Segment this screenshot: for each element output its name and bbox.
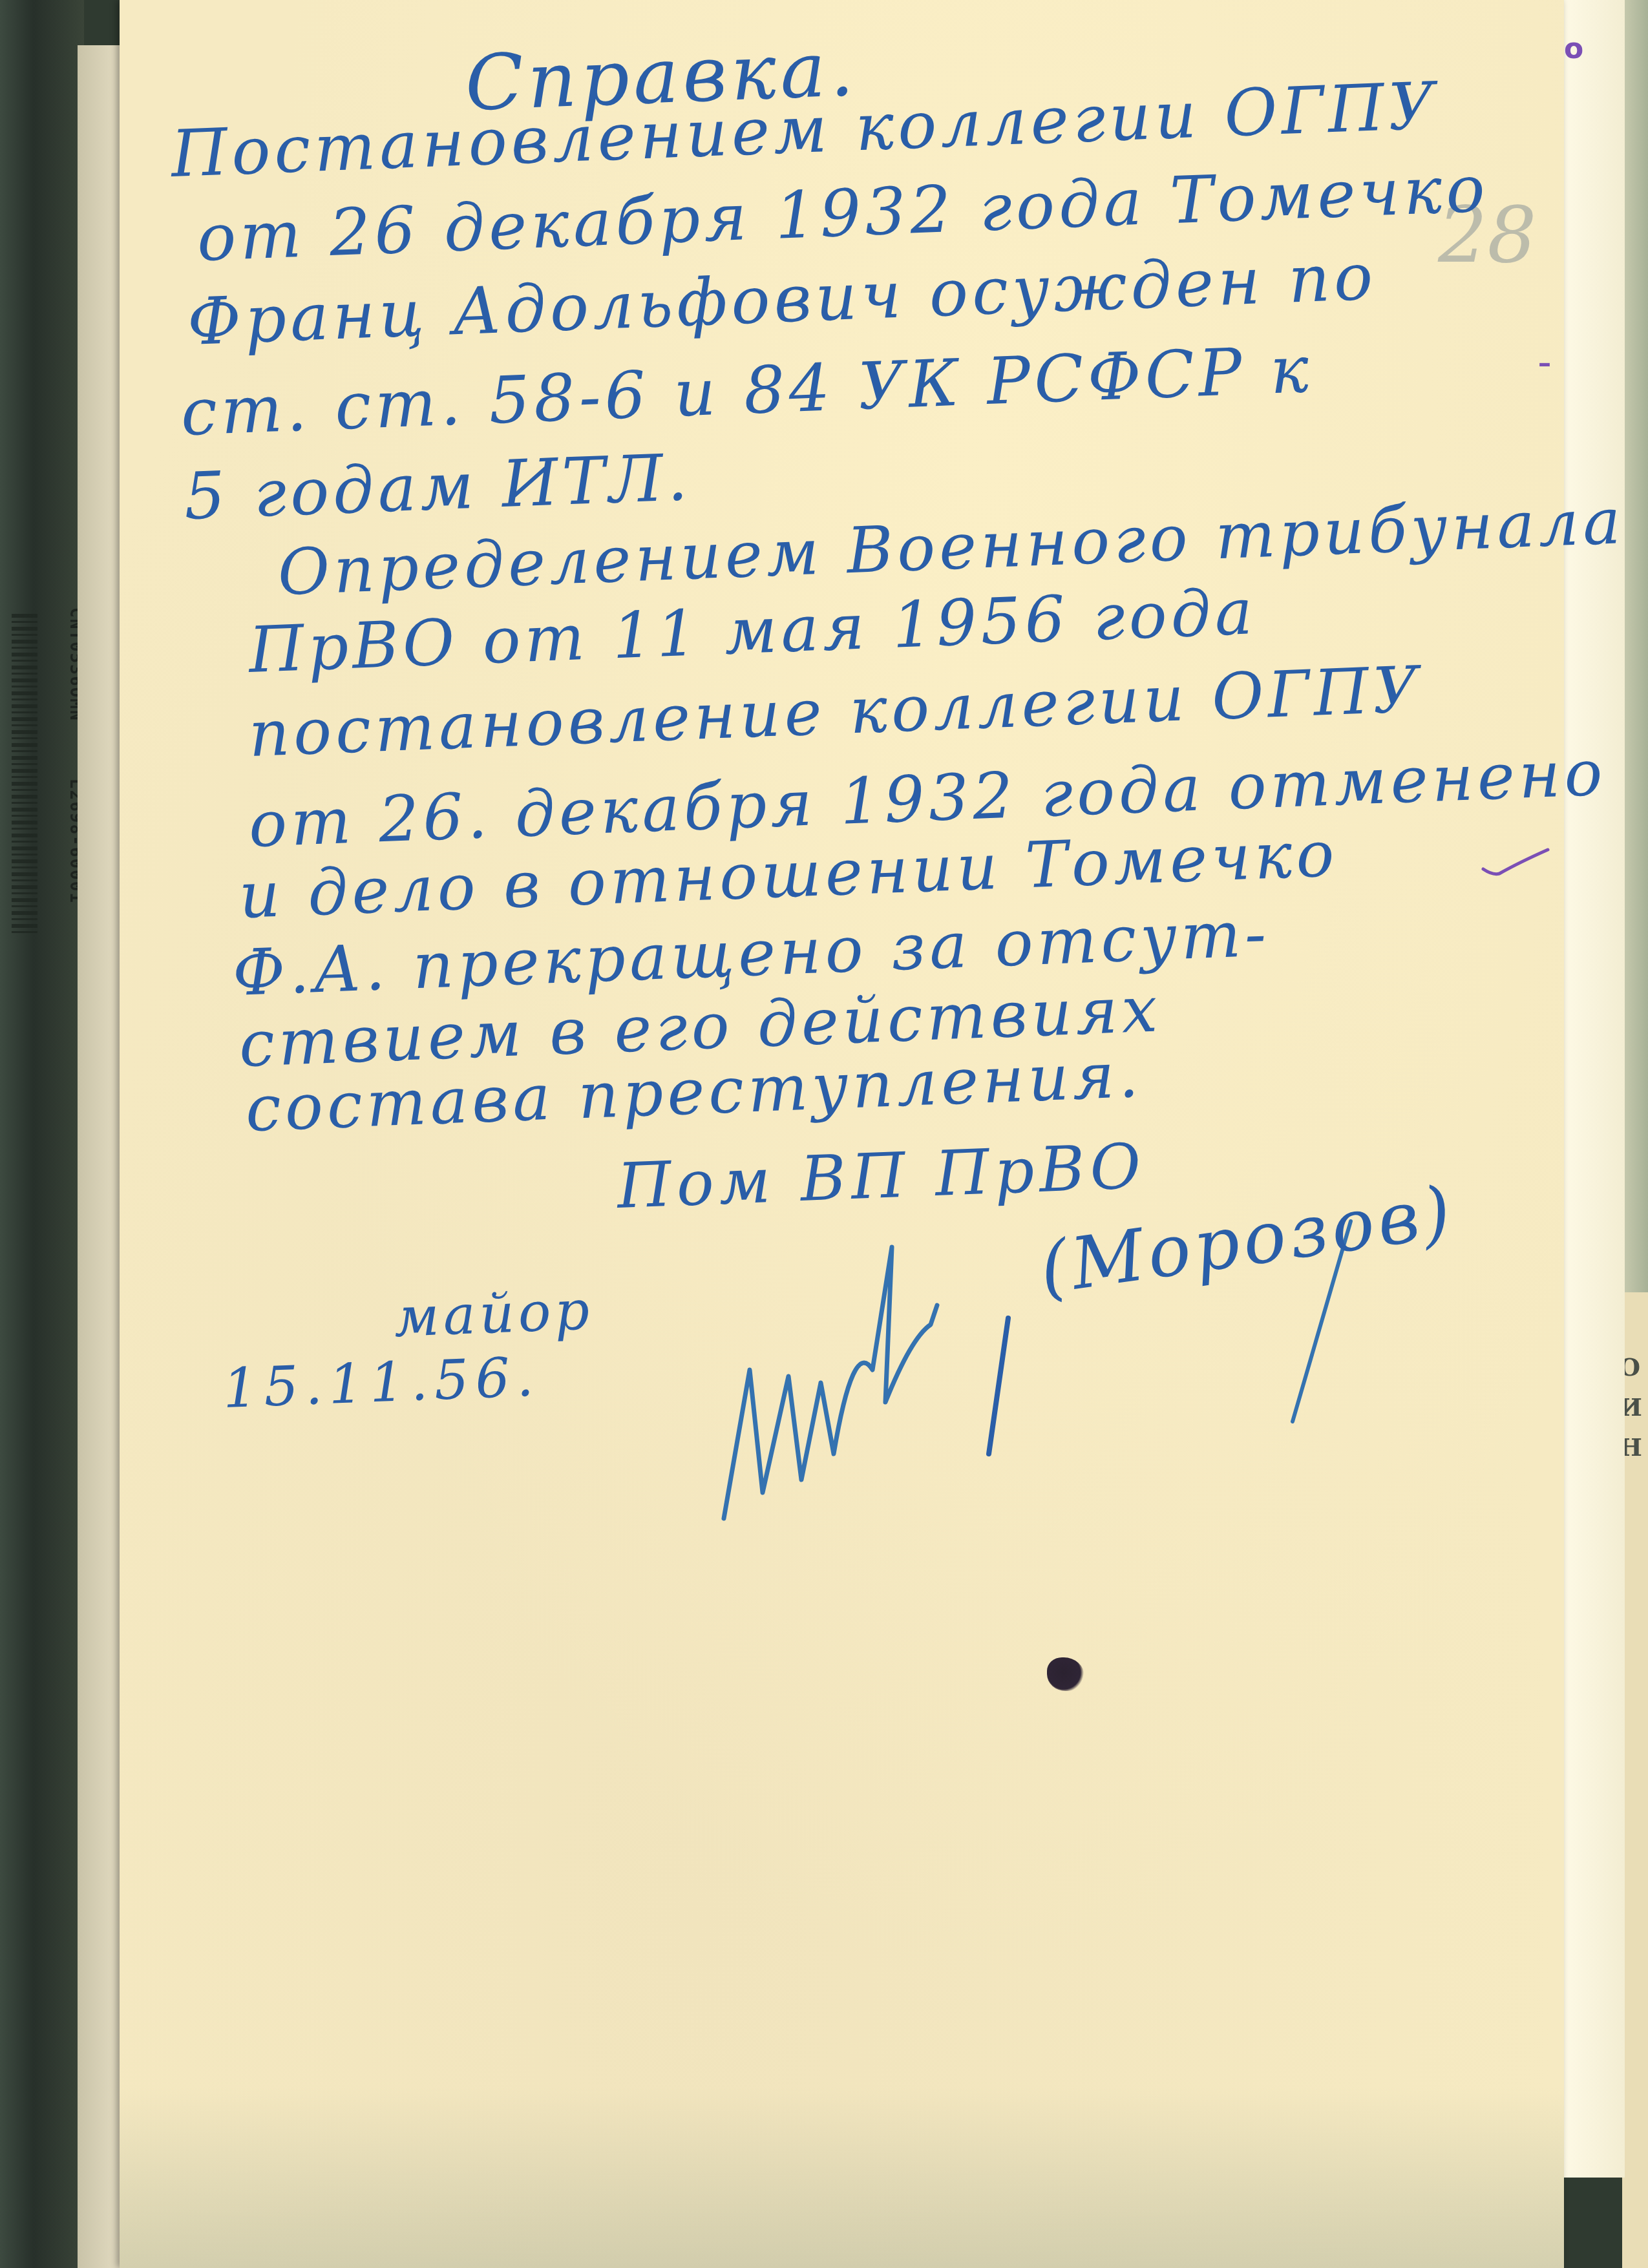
folder-binder-edge: CNT0536OMN L2698-60001 <box>0 0 84 2268</box>
barcode <box>12 614 37 937</box>
paper-stain <box>120 2087 1564 2268</box>
margin-mark-top: o <box>1564 32 1583 65</box>
folder-cover-right <box>1623 0 1648 1292</box>
margin-mark-mid: – <box>1538 349 1551 379</box>
document-date: 15.11.56. <box>222 1345 541 1420</box>
check-mark-icon <box>1480 846 1551 885</box>
signer-rank: майор <box>393 1278 595 1349</box>
